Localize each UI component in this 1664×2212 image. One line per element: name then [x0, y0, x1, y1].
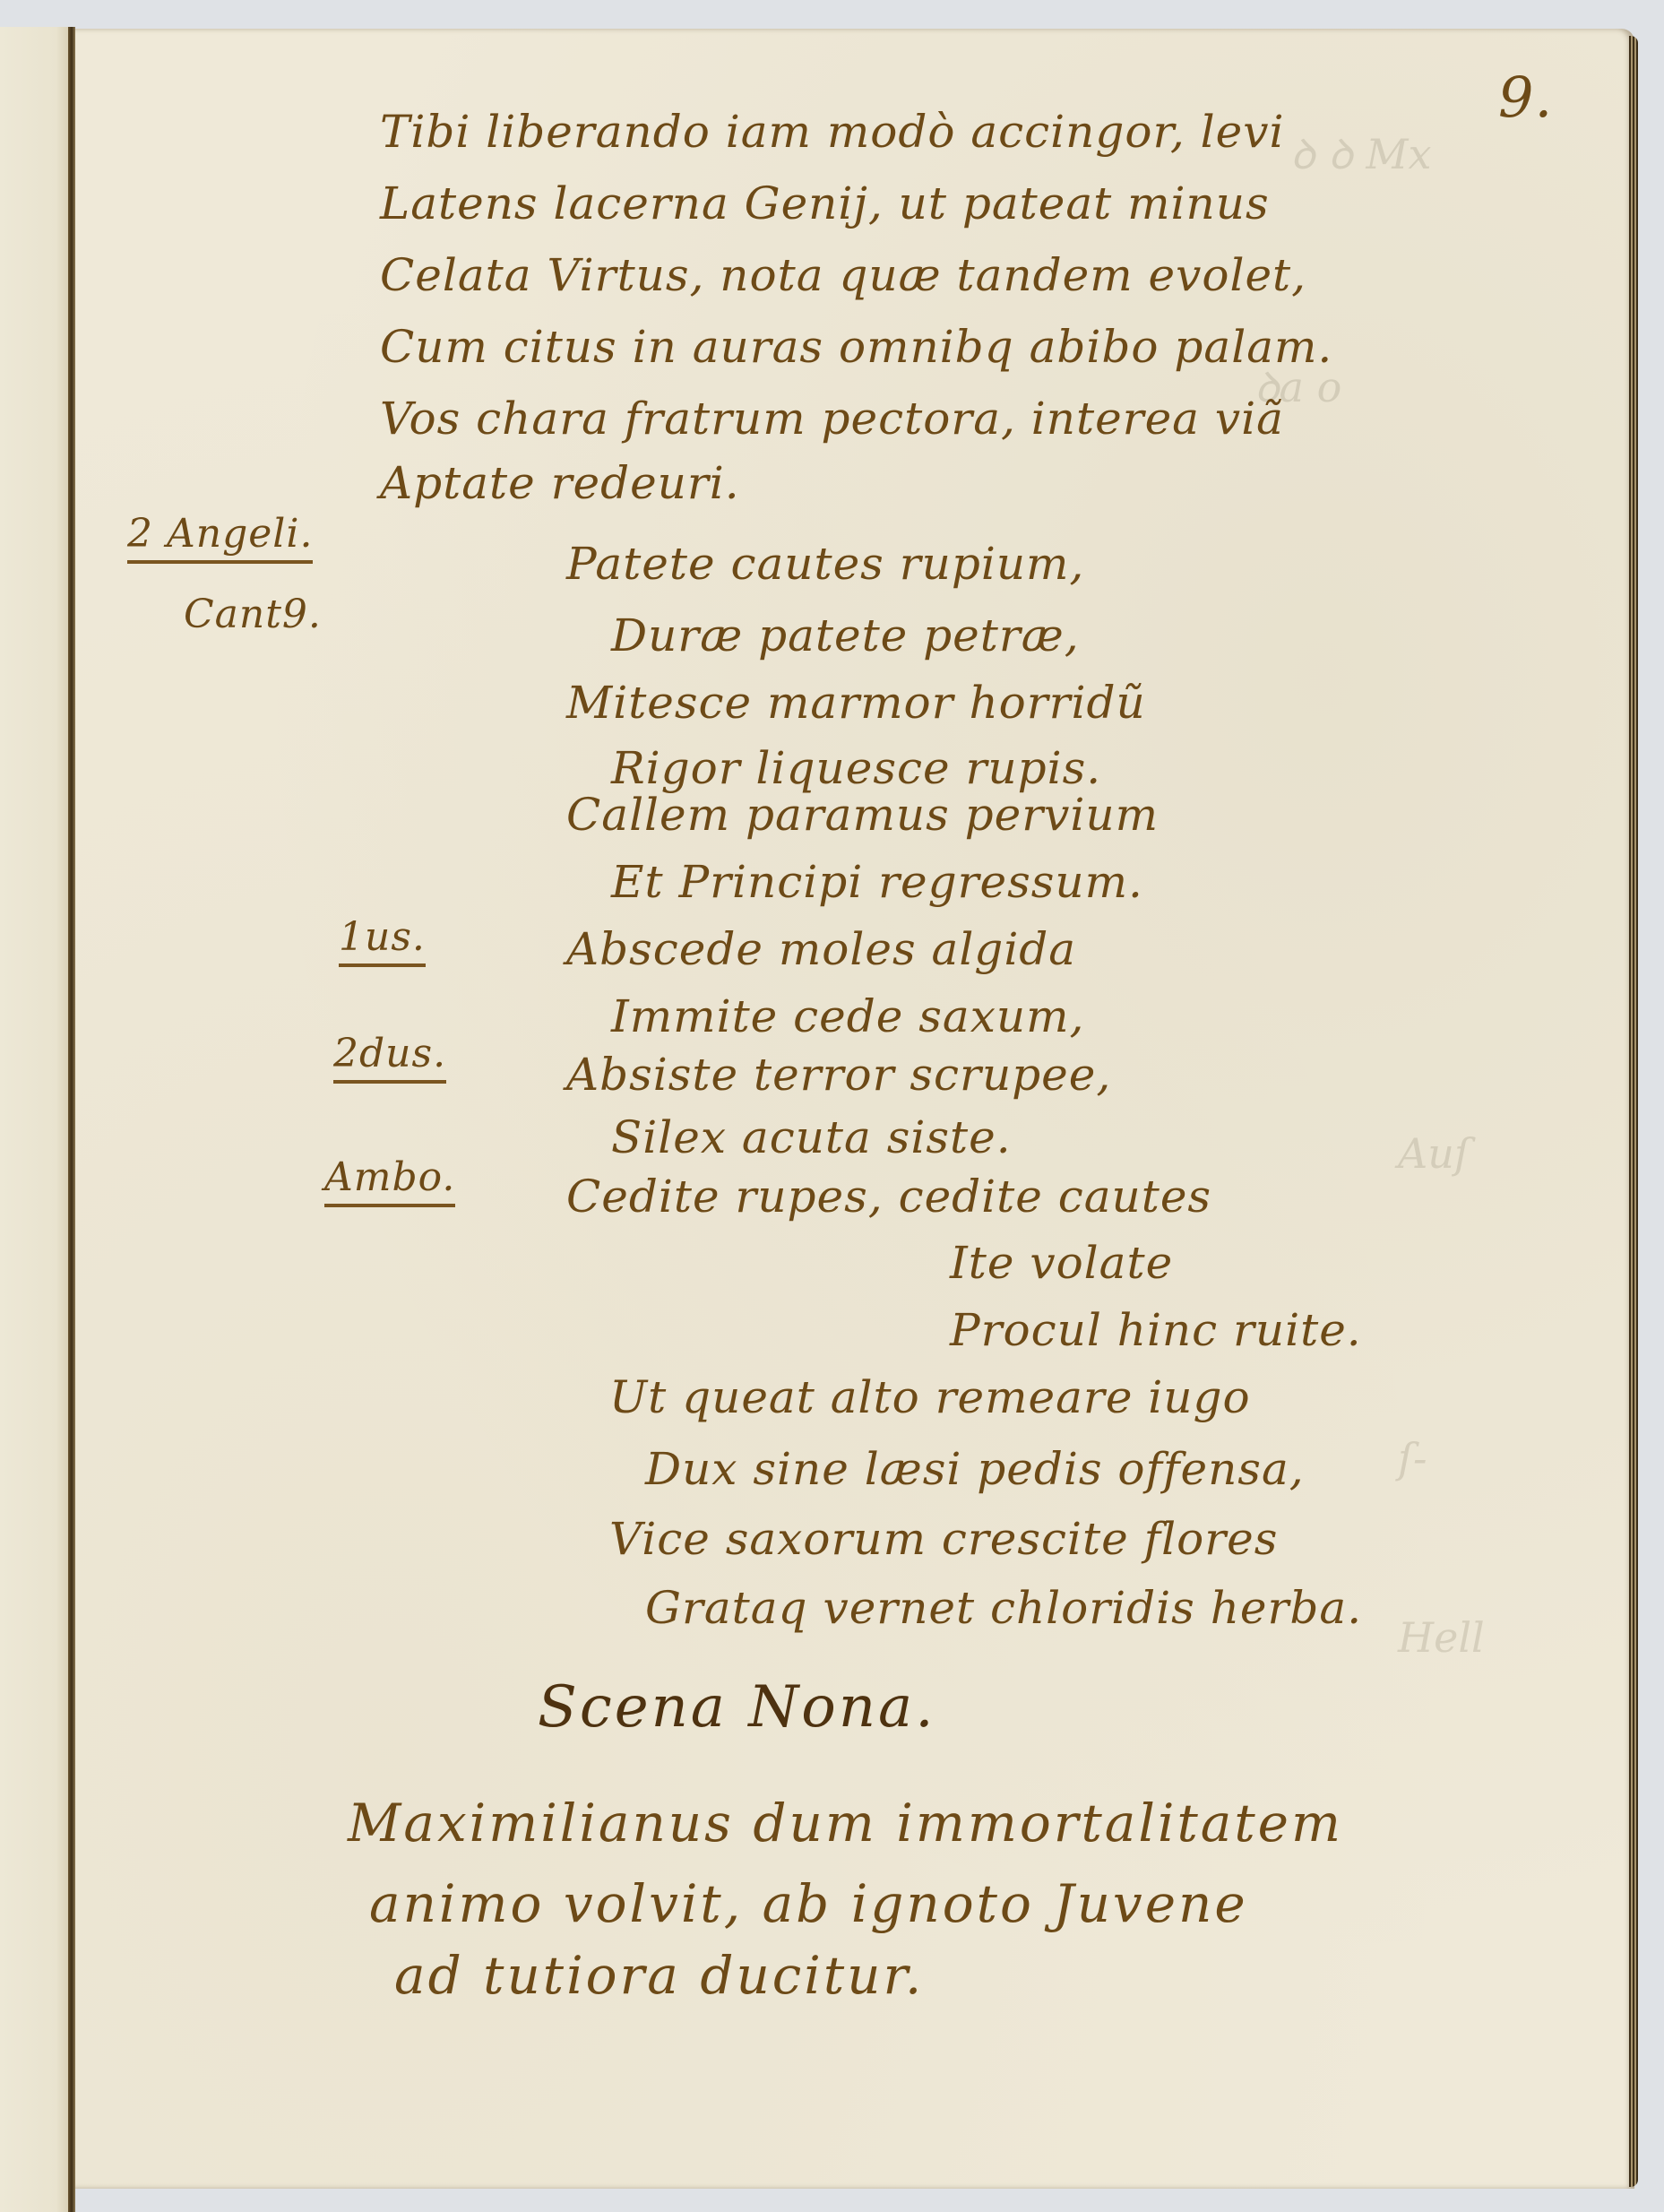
- song-line: Callem paramus pervium: [566, 789, 1159, 841]
- bleed-through-text: Hell: [1398, 1613, 1485, 1662]
- song-line: Cedite rupes, cedite cautes: [566, 1171, 1211, 1223]
- song-line: Ut queat alto remeare iugo: [609, 1371, 1251, 1423]
- song-line: Ite volate: [950, 1237, 1173, 1289]
- speaker-label-first: 1us.: [339, 914, 426, 967]
- margin-label-cantus: Cant9.: [184, 592, 322, 637]
- speech-line: Aptate redeuri.: [380, 457, 740, 509]
- song-line: Grataq vernet chloridis herba.: [645, 1582, 1362, 1634]
- song-line: Immite cede saxum,: [611, 990, 1084, 1042]
- folio-number: 9.: [1498, 65, 1553, 130]
- song-line: Patete cautes rupium,: [566, 538, 1084, 590]
- song-line: Dux sine læsi pedis offensa,: [645, 1443, 1305, 1495]
- facing-page-edge: [0, 27, 70, 2212]
- speech-line: Celata Virtus, nota quæ tandem evolet,: [380, 249, 1306, 301]
- song-line: Procul hinc ruite.: [950, 1304, 1362, 1356]
- song-line: Silex acuta siste.: [611, 1111, 1012, 1163]
- speech-line: Vos chara fratrum pectora, interea viã: [380, 393, 1284, 445]
- speech-line: Tibi liberando iam modò accingor, levi: [380, 106, 1284, 158]
- song-line: Rigor liquesce rupis.: [611, 742, 1101, 794]
- bleed-through-text: ꝺ ꝺ Mx: [1290, 125, 1431, 181]
- scene-summary-line: animo volvit, ab ignoto Juvene: [369, 1873, 1248, 1934]
- song-line: Abscede moles algida: [566, 923, 1076, 975]
- bleed-through-text: ſ-: [1398, 1434, 1427, 1482]
- song-line: Duræ patete petræ,: [611, 609, 1080, 661]
- speech-line: Latens lacerna Genij, ut pateat minus: [380, 177, 1270, 229]
- song-line: Mitesce marmor horridũ: [566, 677, 1146, 729]
- speech-line: Cum citus in auras omnibq abibo palam.: [380, 321, 1332, 373]
- bleed-through-text: Auſ: [1398, 1129, 1470, 1178]
- song-line: Absiste terror scrupee,: [566, 1049, 1111, 1101]
- speaker-label-second: 2dus.: [333, 1031, 446, 1084]
- scene-summary-line: Maximilianus dum immortalitatem: [348, 1793, 1343, 1853]
- speaker-label-angeli: 2 Angeli.: [127, 511, 313, 564]
- scene-heading: Scena Nona.: [538, 1674, 936, 1741]
- song-line: Vice saxorum crescite flores: [609, 1513, 1278, 1565]
- book-gutter: [68, 27, 75, 2212]
- speaker-label-ambo: Ambo.: [324, 1154, 455, 1207]
- scene-summary-line: ad tutiora ducitur.: [394, 1945, 924, 2006]
- page-stack-edge: [1629, 36, 1638, 2187]
- song-line: Et Principi regressum.: [611, 856, 1143, 908]
